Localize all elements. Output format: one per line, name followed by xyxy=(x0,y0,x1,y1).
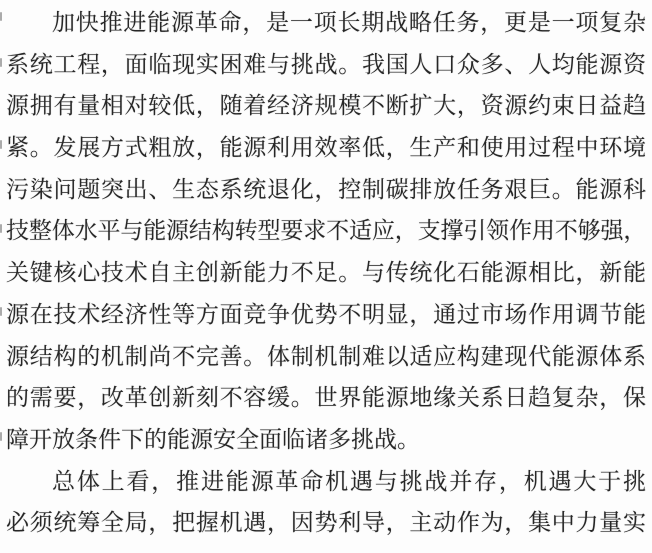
scan-artifact xyxy=(0,307,2,316)
scan-edge-artifacts xyxy=(0,0,4,553)
text-line: 技整体水平与能源结构转型要求不适应，支撑引领作用不够强， xyxy=(6,210,646,252)
text-line: 关键核心技术自主创新能力不足。与传统化石能源相比，新能 xyxy=(6,252,646,294)
text-line: 总体上看，推进能源革命机遇与挑战并存，机遇大于挑战。 xyxy=(6,461,646,503)
scan-artifact xyxy=(0,58,2,67)
document-page: 加快推进能源革命，是一项长期战略任务，更是一项复杂系统工程，面临现实困难与挑战。… xyxy=(0,0,652,553)
scan-artifact xyxy=(0,432,2,441)
text-line: 加快推进能源革命，是一项长期战略任务，更是一项复杂 xyxy=(6,2,646,44)
text-line: 系统工程，面临现实困难与挑战。我国人口众多、人均能源资 xyxy=(6,44,646,86)
scan-artifact xyxy=(0,140,2,149)
scan-artifact xyxy=(0,224,2,233)
text-line: 源在技术经济性等方面竞争优势不明显，通过市场作用调节能 xyxy=(6,294,646,336)
text-line: 污染问题突出、生态系统退化，控制碳排放任务艰巨。能源科 xyxy=(6,169,646,211)
text-line: 障开放条件下的能源安全面临诸多挑战。 xyxy=(6,419,646,461)
text-line: 的需要，改革创新刻不容缓。世界能源地缘关系日趋复杂，保 xyxy=(6,377,646,419)
text-line: 紧。发展方式粗放，能源利用效率低，生产和使用过程中环境 xyxy=(6,127,646,169)
text-line: 必须统筹全局，把握机遇，因势利导，主动作为，集中力量实 xyxy=(6,502,646,544)
scan-artifact xyxy=(0,12,2,21)
text-line: 源结构的机制尚不完善。体制机制难以适应构建现代能源体系 xyxy=(6,336,646,378)
text-block: 加快推进能源革命，是一项长期战略任务，更是一项复杂系统工程，面临现实困难与挑战。… xyxy=(6,2,646,544)
text-line: 源拥有量相对较低，随着经济规模不断扩大，资源约束日益趋 xyxy=(6,85,646,127)
